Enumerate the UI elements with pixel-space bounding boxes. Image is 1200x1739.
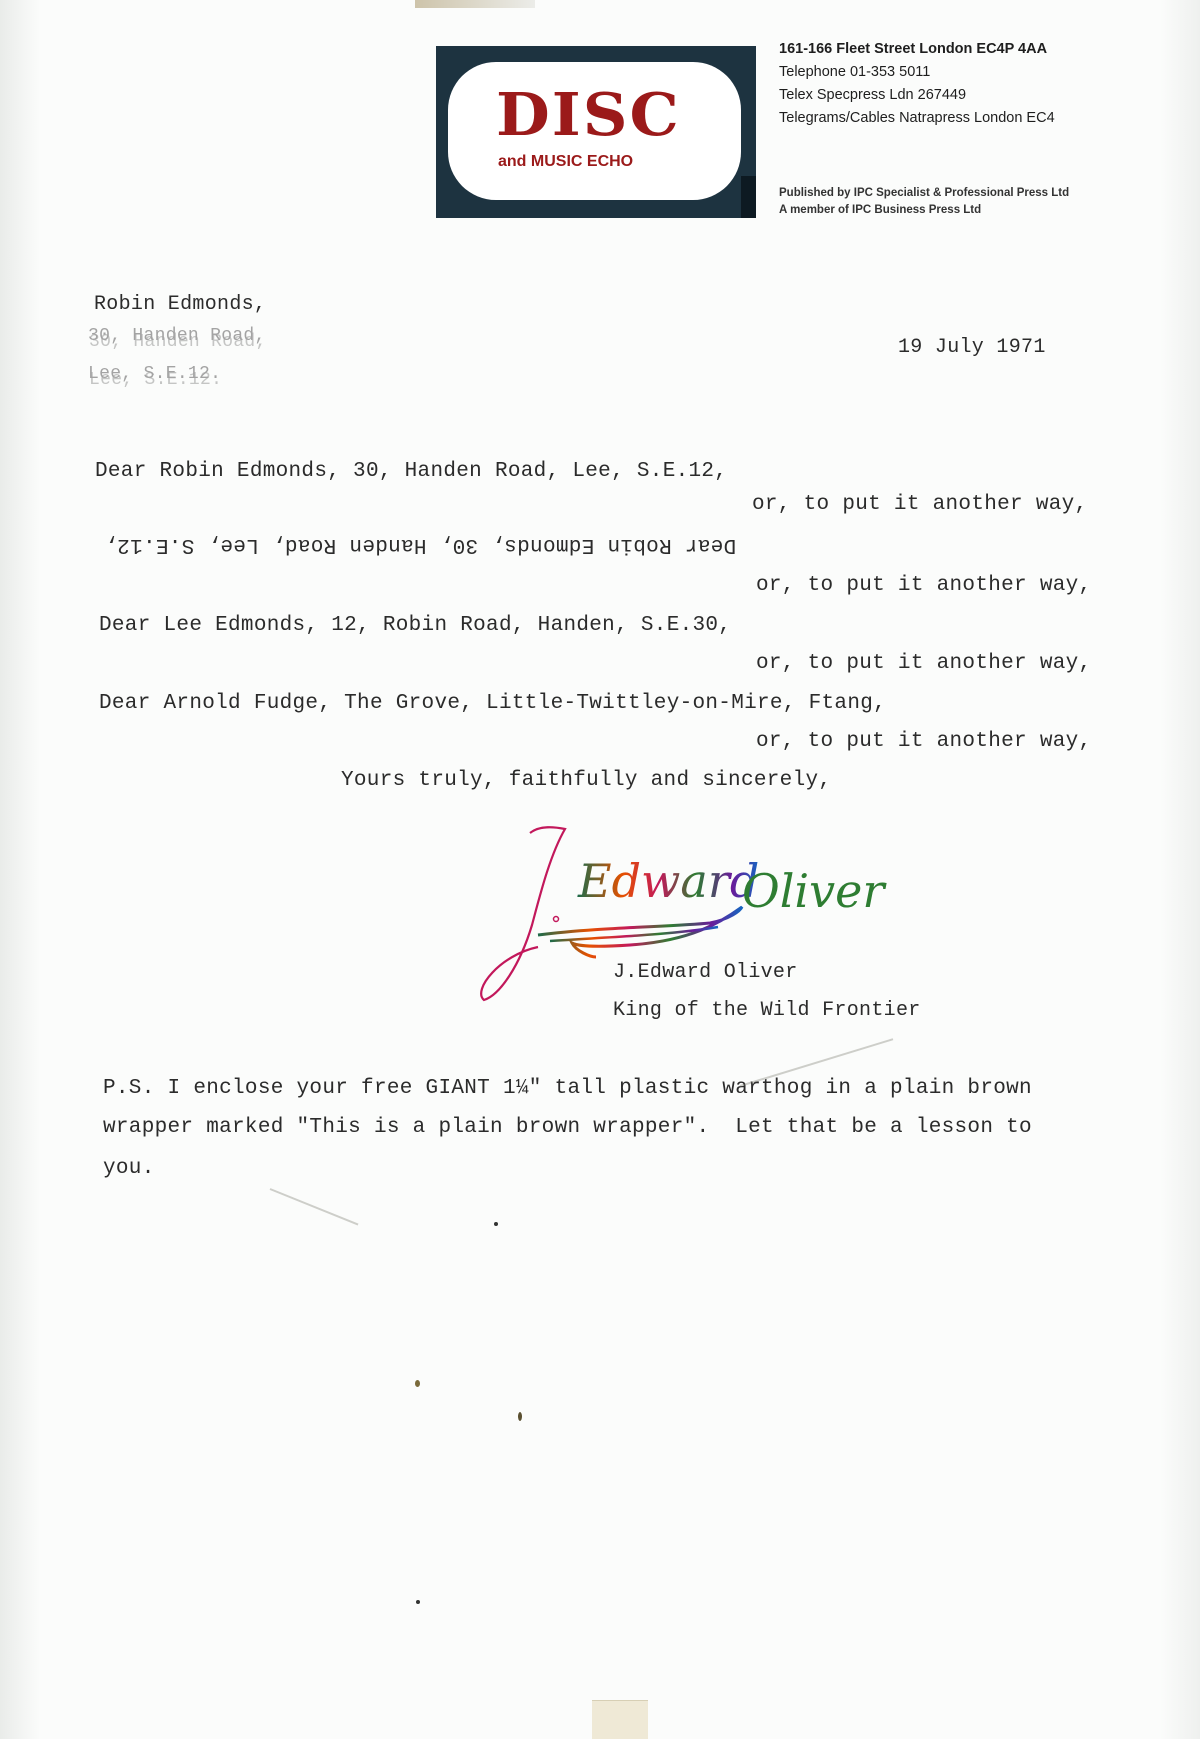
connector-1: or, to put it another way, — [752, 493, 1087, 516]
paper-clip-mark — [415, 0, 535, 8]
logo-inner-panel: DISC and MUSIC ECHO — [448, 62, 741, 200]
letterhead-published-by: Published by IPC Specialist & Profession… — [779, 187, 1069, 199]
recipient-address-line2: Lee, S.E.12. — [88, 364, 221, 384]
logo-corner-mark — [741, 176, 756, 218]
letter-date: 19 July 1971 — [898, 336, 1046, 359]
connector-4: or, to put it another way, — [756, 730, 1091, 753]
paper-scratch — [270, 1188, 359, 1225]
recipient-address-line1: 30, Handen Road, — [88, 326, 266, 346]
salutation-4: Dear Arnold Fudge, The Grove, Little-Twi… — [99, 692, 886, 715]
paper-speck — [494, 1222, 498, 1226]
letterhead-telegrams: Telegrams/Cables Natrapress London EC4 — [779, 110, 1055, 126]
postscript-line-2: wrapper marked "This is a plain brown wr… — [103, 1116, 1032, 1139]
upside-down-text: Dear Robin Edmonds, 30, Handen Road, Lee… — [104, 533, 736, 556]
disc-music-echo-logo: DISC and MUSIC ECHO — [436, 46, 756, 218]
connector-3: or, to put it another way, — [756, 652, 1091, 675]
paper-speck — [416, 1600, 420, 1604]
logo-subtitle: and MUSIC ECHO — [498, 154, 633, 170]
salutation-2-upside-down: Dear Robin Edmonds, 30, Handen Road, Lee… — [104, 533, 736, 556]
paper-tape-remnant — [592, 1700, 648, 1739]
signature-title: King of the Wild Frontier — [613, 999, 921, 1022]
recipient-name: Robin Edmonds, — [94, 293, 266, 316]
paper-speck — [518, 1412, 522, 1421]
handwritten-signature: Edward Oliver — [480, 815, 900, 1015]
closing: Yours truly, faithfully and sincerely, — [341, 769, 831, 792]
typed-signature-name: J.Edward Oliver — [613, 961, 798, 984]
svg-text:Edward: Edward — [577, 854, 759, 908]
letterhead-telephone: Telephone 01-353 5011 — [779, 64, 930, 80]
connector-2: or, to put it another way, — [756, 574, 1091, 597]
postscript-line-3: you. — [103, 1157, 155, 1180]
salutation-3: Dear Lee Edmonds, 12, Robin Road, Handen… — [99, 614, 731, 637]
salutation-1: Dear Robin Edmonds, 30, Handen Road, Lee… — [95, 460, 727, 483]
letterhead-telex: Telex Specpress Ldn 267449 — [779, 87, 966, 103]
postscript-line-1: P.S. I enclose your free GIANT 1¼" tall … — [103, 1077, 1032, 1100]
paper-speck — [415, 1380, 420, 1387]
signature-icon: Edward Oliver — [480, 815, 900, 1015]
letterhead-address: 161-166 Fleet Street London EC4P 4AA — [779, 41, 1047, 57]
logo-title: DISC — [496, 86, 681, 145]
letterhead-member-of: A member of IPC Business Press Ltd — [779, 204, 981, 216]
svg-text:Oliver: Oliver — [742, 864, 887, 918]
